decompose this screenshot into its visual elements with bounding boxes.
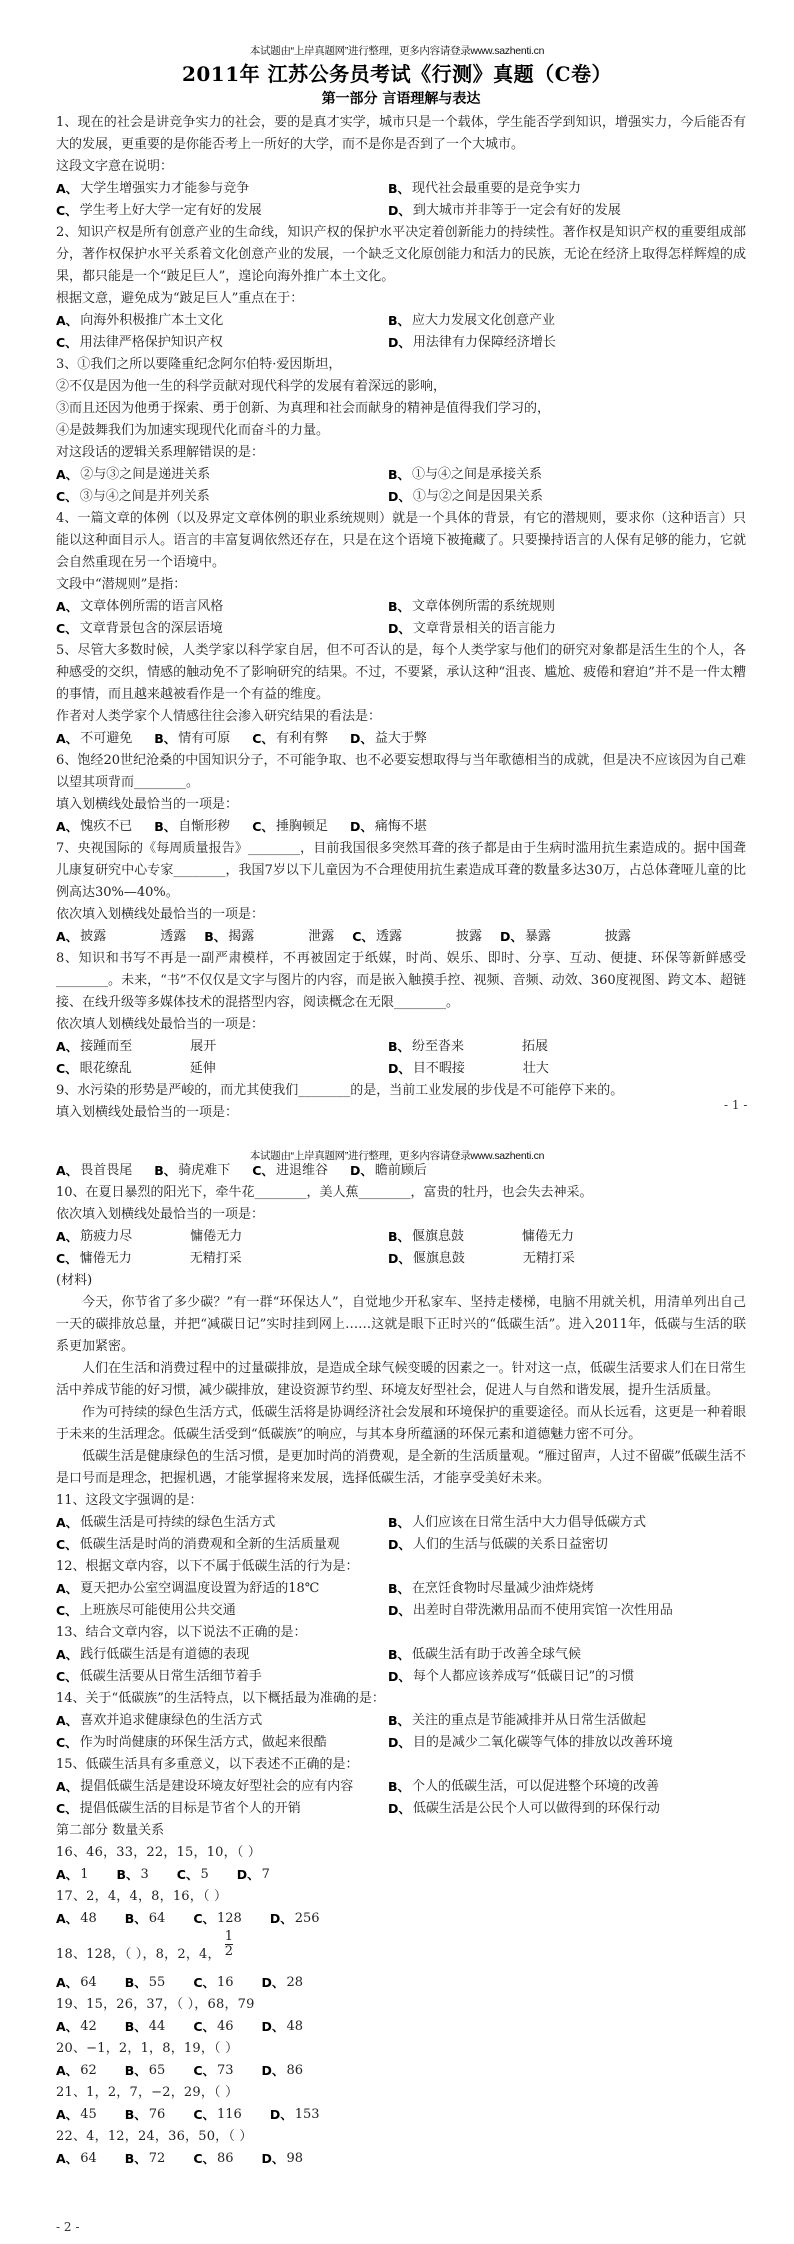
- page-number: - 2 -: [56, 2220, 79, 2234]
- option-b[interactable]: B、76: [125, 2104, 166, 2126]
- option-c[interactable]: C、5: [177, 1864, 209, 1886]
- option-b[interactable]: B、揭露泄露: [204, 926, 334, 948]
- material-paragraph: 作为可持续的绿色生活方式，低碳生活将是协调经济社会发展和环境保护的重要途径。而从…: [56, 1402, 746, 1446]
- option-c[interactable]: C、提倡低碳生活的目标是节省个人的开销: [56, 1798, 388, 1820]
- option-d[interactable]: D、出差时自带洗漱用品而不使用宾馆一次性用品: [388, 1600, 746, 1622]
- option-d[interactable]: D、低碳生活是公民个人可以做得到的环保行动: [388, 1798, 746, 1820]
- options: A、提倡低碳生活是建设环境友好型社会的应有内容 B、个人的低碳生活，可以促进整个…: [56, 1776, 746, 1820]
- option-c[interactable]: C、眼花缭乱延伸: [56, 1058, 388, 1080]
- option-b[interactable]: B、偃旗息鼓慵倦无力: [388, 1226, 746, 1248]
- sentence-4: ④是鼓舞我们为加速实现现代化而奋斗的力量。: [56, 420, 746, 442]
- option-a[interactable]: A、42: [56, 2016, 97, 2038]
- question-prompt: 依次填人划横线处最恰当的一项是：: [56, 1014, 746, 1036]
- option-d[interactable]: D、益大于弊: [350, 728, 427, 750]
- option-d[interactable]: D、暴露披露: [500, 926, 631, 948]
- question-stem: 9、水污染的形势是严峻的，而尤其使我们________的是，当前工业发展的步伐是…: [56, 1080, 746, 1102]
- material-paragraph: 今天，你节省了多少碳？”有一群“环保达人”，自觉地少开私家车、坚持走楼梯，电脑不…: [56, 1292, 746, 1358]
- option-a[interactable]: A、1: [56, 1864, 88, 1886]
- question-11: 11、这段文字强调的是： A、低碳生活是可持续的绿色生活方式 B、人们应该在日常…: [56, 1490, 746, 1556]
- option-b[interactable]: B、关注的重点是节能减排并从日常生活做起: [388, 1710, 746, 1732]
- option-c[interactable]: C、用法律严格保护知识产权: [56, 332, 388, 354]
- option-d[interactable]: D、48: [262, 2016, 303, 2038]
- question-stem: 20、−1，2，1，8，19，（ ）: [56, 2038, 746, 2060]
- option-b[interactable]: B、3: [116, 1864, 148, 1886]
- option-b[interactable]: B、人们应该在日常生活中大力倡导低碳方式: [388, 1512, 746, 1534]
- question-prompt: 依次填入划横线处最恰当的一项是：: [56, 1204, 746, 1226]
- option-b[interactable]: B、①与④之间是承接关系: [388, 464, 746, 486]
- part1-title: 第一部分 言语理解与表达: [56, 88, 746, 110]
- option-a[interactable]: A、愧疚不已: [56, 816, 132, 838]
- question-prompt: 对这段话的逻辑关系理解错误的是：: [56, 442, 746, 464]
- question-prompt: 填入划横线处最恰当的一项是：: [56, 794, 746, 816]
- material-label: (材料): [56, 1270, 746, 1292]
- option-c[interactable]: C、低碳生活是时尚的消费观和全新的生活质量观: [56, 1534, 388, 1556]
- option-c[interactable]: C、文章背景包含的深层语境: [56, 618, 388, 640]
- option-c[interactable]: C、16: [193, 1972, 233, 1994]
- option-b[interactable]: B、55: [125, 1972, 166, 1994]
- options: A、文章体例所需的语言风格 B、文章体例所需的系统规则 C、文章背景包含的深层语…: [56, 596, 746, 640]
- option-b[interactable]: B、骑虎难下: [154, 1160, 230, 1182]
- question-18: 18、128，（ ），8，2，4，12 A、64 B、55 C、16 D、28: [56, 1938, 746, 1994]
- question-6: 6、饱经20世纪沧桑的中国知识分子，不可能争取、也不必要妄想取得与当年歌德相当的…: [56, 750, 746, 838]
- option-a[interactable]: A、低碳生活是可持续的绿色生活方式: [56, 1512, 388, 1534]
- option-c[interactable]: C、86: [193, 2148, 233, 2170]
- question-8: 8、知识和书写不再是一副严肃模样，不再被固定于纸媒，时尚、娱乐、即时、分享、互动…: [56, 948, 746, 1080]
- options: A、不可避免 B、情有可原 C、有利有弊 D、益大于弊: [56, 728, 746, 750]
- option-d[interactable]: D、文章背景相关的语言能力: [388, 618, 746, 640]
- options: A、接踵而至展开 B、纷至沓来拓展 C、眼花缭乱延伸 D、目不暇接壮大: [56, 1036, 746, 1080]
- question-9-options: A、畏首畏尾 B、骑虎难下 C、进退维谷 D、瞻前顾后: [56, 1160, 746, 1182]
- question-13: 13、结合文章内容，以下说法不正确的是： A、践行低碳生活是有道德的表现 B、低…: [56, 1622, 746, 1688]
- question-stem: 18、128，（ ），8，2，4，12: [56, 1938, 746, 1972]
- option-a[interactable]: A、夏天把办公室空调温度设置为舒适的18℃: [56, 1578, 388, 1600]
- option-d[interactable]: D、256: [270, 1908, 320, 1930]
- question-prompt: 根据文意，避免成为“跛足巨人”重点在于：: [56, 288, 746, 310]
- option-b[interactable]: B、情有可原: [154, 728, 230, 750]
- option-c[interactable]: C、73: [193, 2060, 233, 2082]
- question-stem: 21、1，2，7，−2，29，（ ）: [56, 2082, 746, 2104]
- option-a[interactable]: A、筋疲力尽慵倦无力: [56, 1226, 388, 1248]
- option-d[interactable]: D、目的是减少二氧化碳等气体的排放以改善环境: [388, 1732, 746, 1754]
- question-19: 19、15，26，37，（ ），68，79 A、42 B、44 C、46 D、4…: [56, 1994, 746, 2038]
- question-20: 20、−1，2，1，8，19，（ ） A、62 B、65 C、73 D、86: [56, 2038, 746, 2082]
- options: A、45 B、76 C、116 D、153: [56, 2104, 746, 2126]
- option-c[interactable]: C、学生考上好大学一定有好的发展: [56, 200, 388, 222]
- question-9: 9、水污染的形势是严峻的，而尤其使我们________的是，当前工业发展的步伐是…: [56, 1080, 746, 1124]
- options: A、筋疲力尽慵倦无力 B、偃旗息鼓慵倦无力 C、慵倦无力无精打采 D、偃旗息鼓无…: [56, 1226, 746, 1270]
- option-a[interactable]: A、②与③之间是递进关系: [56, 464, 388, 486]
- question-stem: 13、结合文章内容，以下说法不正确的是：: [56, 1622, 746, 1644]
- question-1: 1、现在的社会是讲竞争实力的社会，要的是真才实学，城市只是一个载体，学生能否学到…: [56, 112, 746, 222]
- options: A、向海外积极推广本土文化 B、应大力发展文化创意产业 C、用法律严格保护知识产…: [56, 310, 746, 354]
- option-b[interactable]: B、个人的低碳生活，可以促进整个环境的改善: [388, 1776, 746, 1798]
- question-stem: 15、低碳生活具有多重意义，以下表述不正确的是：: [56, 1754, 746, 1776]
- option-a[interactable]: A、文章体例所需的语言风格: [56, 596, 388, 618]
- question-10: 10、在夏日暴烈的阳光下，牵牛花________，美人蕉________，富贵的…: [56, 1182, 746, 1270]
- question-stem: 10、在夏日暴烈的阳光下，牵牛花________，美人蕉________，富贵的…: [56, 1182, 746, 1204]
- sentence-1: 3、①我们之所以要隆重纪念阿尔伯特·爱因斯坦，: [56, 354, 746, 376]
- option-c[interactable]: C、作为时尚健康的环保生活方式，做起来很酷: [56, 1732, 388, 1754]
- option-c[interactable]: C、捶胸顿足: [252, 816, 328, 838]
- options: A、1 B、3 C、5 D、7: [56, 1864, 746, 1886]
- question-prompt: 依次填入划横线处最恰当的一项是：: [56, 904, 746, 926]
- option-a[interactable]: A、64: [56, 2148, 97, 2170]
- question-prompt: 文段中“潜规则”是指：: [56, 574, 746, 596]
- question-stem: 1、现在的社会是讲竞争实力的社会，要的是真才实学，城市只是一个载体，学生能否学到…: [56, 112, 746, 156]
- option-c[interactable]: C、128: [193, 1908, 242, 1930]
- option-a[interactable]: A、践行低碳生活是有道德的表现: [56, 1644, 388, 1666]
- question-15: 15、低碳生活具有多重意义，以下表述不正确的是： A、提倡低碳生活是建设环境友好…: [56, 1754, 746, 1820]
- question-stem: 5、尽管大多数时候，人类学家以科学家自居，但不可否认的是，每个人类学家与他们的研…: [56, 640, 746, 706]
- option-b[interactable]: B、65: [125, 2060, 166, 2082]
- option-b[interactable]: B、自惭形秽: [154, 816, 230, 838]
- question-12: 12、根据文章内容，以下不属于低碳生活的行为是： A、夏天把办公室空调温度设置为…: [56, 1556, 746, 1622]
- option-d[interactable]: D、痛悔不堪: [350, 816, 427, 838]
- options: A、低碳生活是可持续的绿色生活方式 B、人们应该在日常生活中大力倡导低碳方式 C…: [56, 1512, 746, 1556]
- question-stem: 7、央视国际的《每周质量报告》________，目前我国很多突然耳聋的孩子都是由…: [56, 838, 746, 904]
- option-c[interactable]: C、进退维谷: [252, 1160, 328, 1182]
- option-b[interactable]: B、纷至沓来拓展: [388, 1036, 746, 1058]
- options: A、42 B、44 C、46 D、48: [56, 2016, 746, 2038]
- option-a[interactable]: A、45: [56, 2104, 97, 2126]
- option-b[interactable]: B、低碳生活有助于改善全球气候: [388, 1644, 746, 1666]
- option-a[interactable]: A、不可避免: [56, 728, 132, 750]
- question-7: 7、央视国际的《每周质量报告》________，目前我国很多突然耳聋的孩子都是由…: [56, 838, 746, 948]
- option-a[interactable]: A、64: [56, 1972, 97, 1994]
- question-stem: 8、知识和书写不再是一副严肃模样，不再被固定于纸媒，时尚、娱乐、即时、分享、互动…: [56, 948, 746, 1014]
- option-d[interactable]: D、28: [262, 1972, 303, 1994]
- page-1-content: 第一部分 言语理解与表达 1、现在的社会是讲竞争实力的社会，要的是真才实学，城市…: [56, 88, 746, 1124]
- option-b[interactable]: B、72: [125, 2148, 166, 2170]
- question-stem: 4、一篇文章的体例（以及界定文章体例的职业系统规则）就是一个具体的背景，有它的潜…: [56, 508, 746, 574]
- option-a[interactable]: A、大学生增强实力才能参与竞争: [56, 178, 388, 200]
- option-a[interactable]: A、向海外积极推广本土文化: [56, 310, 388, 332]
- question-5: 5、尽管大多数时候，人类学家以科学家自居，但不可否认的是，每个人类学家与他们的研…: [56, 640, 746, 750]
- option-c[interactable]: C、③与④之间是并列关系: [56, 486, 388, 508]
- question-stem: 12、根据文章内容，以下不属于低碳生活的行为是：: [56, 1556, 746, 1578]
- option-c[interactable]: C、116: [193, 2104, 242, 2126]
- option-a[interactable]: A、接踵而至展开: [56, 1036, 388, 1058]
- page-2: 本试题由“上岸真题网”进行整理，更多内容请登录www.sazhenti.cn A…: [0, 1120, 794, 2244]
- question-stem: 22、4，12，24，36，50，（ ）: [56, 2126, 746, 2148]
- question-prompt: 这段文字意在说明：: [56, 156, 746, 178]
- question-3: 3、①我们之所以要隆重纪念阿尔伯特·爱因斯坦， ②不仅是因为他一生的科学贡献对现…: [56, 354, 746, 508]
- question-stem: 11、这段文字强调的是：: [56, 1490, 746, 1512]
- option-d[interactable]: D、每个人都应该养成写“低碳日记”的习惯: [388, 1666, 746, 1688]
- option-d[interactable]: D、86: [262, 2060, 303, 2082]
- fraction: 12: [225, 1930, 233, 1959]
- options: A、64 B、55 C、16 D、28: [56, 1972, 746, 1994]
- options: A、62 B、65 C、73 D、86: [56, 2060, 746, 2082]
- question-4: 4、一篇文章的体例（以及界定文章体例的职业系统规则）就是一个具体的背景，有它的潜…: [56, 508, 746, 640]
- question-stem: 19、15，26，37，（ ），68，79: [56, 1994, 746, 2016]
- option-b[interactable]: B、现代社会最重要的是竞争实力: [388, 178, 746, 200]
- option-d[interactable]: D、偃旗息鼓无精打采: [388, 1248, 746, 1270]
- page-number: - 1 -: [724, 1098, 747, 1112]
- option-d[interactable]: D、①与②之间是因果关系: [388, 486, 746, 508]
- option-c[interactable]: C、低碳生活要从日常生活细节着手: [56, 1666, 388, 1688]
- option-a[interactable]: A、48: [56, 1908, 97, 1930]
- watermark: 本试题由“上岸真题网”进行整理，更多内容请登录www.sazhenti.cn: [0, 43, 794, 58]
- option-d[interactable]: D、用法律有力保障经济增长: [388, 332, 746, 354]
- option-c[interactable]: C、有利有弊: [252, 728, 328, 750]
- options: A、大学生增强实力才能参与竞争 B、现代社会最重要的是竞争实力 C、学生考上好大…: [56, 178, 746, 222]
- question-14: 14、关于“低碳族”的生活特点，以下概括最为准确的是： A、喜欢并追求健康绿色的…: [56, 1688, 746, 1754]
- option-b[interactable]: B、64: [125, 1908, 166, 1930]
- page-2-content: A、畏首畏尾 B、骑虎难下 C、进退维谷 D、瞻前顾后 10、在夏日暴烈的阳光下…: [56, 1160, 746, 2170]
- options: A、64 B、72 C、86 D、98: [56, 2148, 746, 2170]
- options: A、喜欢并追求健康绿色的生活方式 B、关注的重点是节能减排并从日常生活做起 C、…: [56, 1710, 746, 1754]
- material-paragraph: 人们在生活和消费过程中的过量碳排放，是造成全球气候变暖的因素之一。针对这一点，低…: [56, 1358, 746, 1402]
- option-d[interactable]: D、目不暇接壮大: [388, 1058, 746, 1080]
- options: A、夏天把办公室空调温度设置为舒适的18℃ B、在烹饪食物时尽量减少油炸烧烤 C…: [56, 1578, 746, 1622]
- option-a[interactable]: A、喜欢并追求健康绿色的生活方式: [56, 1710, 388, 1732]
- option-c[interactable]: C、慵倦无力无精打采: [56, 1248, 388, 1270]
- document-title: 2011年 江苏公务员考试《行测》真题（C卷）: [0, 58, 794, 87]
- question-stem: 2、知识产权是所有创意产业的生命线，知识产权的保护水平决定着创新能力的持续性。著…: [56, 222, 746, 288]
- option-c[interactable]: C、46: [193, 2016, 233, 2038]
- option-a[interactable]: A、披露透露: [56, 926, 186, 948]
- options: A、披露透露 B、揭露泄露 C、透露披露 D、暴露披露: [56, 926, 746, 948]
- question-stem: 14、关于“低碳族”的生活特点，以下概括最为准确的是：: [56, 1688, 746, 1710]
- question-stem: 17、2，4，4，8，16，（ ）: [56, 1886, 746, 1908]
- sentence-2: ②不仅是因为他一生的科学贡献对现代科学的发展有着深远的影响，: [56, 376, 746, 398]
- option-b[interactable]: B、应大力发展文化创意产业: [388, 310, 746, 332]
- option-d[interactable]: D、瞻前顾后: [350, 1160, 427, 1182]
- question-16: 16、46，33，22，15，10，（ ） A、1 B、3 C、5 D、7: [56, 1842, 746, 1886]
- question-2: 2、知识产权是所有创意产业的生命线，知识产权的保护水平决定着创新能力的持续性。著…: [56, 222, 746, 354]
- question-stem: 16、46，33，22，15，10，（ ）: [56, 1842, 746, 1864]
- question-22: 22、4，12，24，36，50，（ ） A、64 B、72 C、86 D、98: [56, 2126, 746, 2170]
- option-c[interactable]: C、上班族尽可能使用公共交通: [56, 1600, 388, 1622]
- option-d[interactable]: D、153: [270, 2104, 320, 2126]
- sentence-3: ③而且还因为他勇于探索、勇于创新、为真理和社会而献身的精神是值得我们学习的，: [56, 398, 746, 420]
- option-b[interactable]: B、文章体例所需的系统规则: [388, 596, 746, 618]
- question-21: 21、1，2，7，−2，29，（ ） A、45 B、76 C、116 D、153: [56, 2082, 746, 2126]
- option-b[interactable]: B、在烹饪食物时尽量减少油炸烧烤: [388, 1578, 746, 1600]
- option-d[interactable]: D、到大城市并非等于一定会有好的发展: [388, 200, 746, 222]
- options: A、②与③之间是递进关系 B、①与④之间是承接关系 C、③与④之间是并列关系 D…: [56, 464, 746, 508]
- page-1: 本试题由“上岸真题网”进行整理，更多内容请登录www.sazhenti.cn 2…: [0, 0, 794, 1120]
- reading-material: (材料) 今天，你节省了多少碳？”有一群“环保达人”，自觉地少开私家车、坚持走楼…: [56, 1270, 746, 1490]
- question-stem: 6、饱经20世纪沧桑的中国知识分子，不可能争取、也不必要妄想取得与当年歌德相当的…: [56, 750, 746, 794]
- options: A、践行低碳生活是有道德的表现 B、低碳生活有助于改善全球气候 C、低碳生活要从…: [56, 1644, 746, 1688]
- options: A、愧疚不已 B、自惭形秽 C、捶胸顿足 D、痛悔不堪: [56, 816, 746, 838]
- option-a[interactable]: A、提倡低碳生活是建设环境友好型社会的应有内容: [56, 1776, 388, 1798]
- option-b[interactable]: B、44: [125, 2016, 166, 2038]
- material-paragraph: 低碳生活是健康绿色的生活习惯，是更加时尚的消费观，是全新的生活质量观。“雁过留声…: [56, 1446, 746, 1490]
- question-prompt: 作者对人类学家个人情感往往会渗入研究结果的看法是：: [56, 706, 746, 728]
- option-d[interactable]: D、7: [237, 1864, 270, 1886]
- options: A、48 B、64 C、128 D、256: [56, 1908, 746, 1930]
- option-d[interactable]: D、98: [262, 2148, 303, 2170]
- option-a[interactable]: A、62: [56, 2060, 97, 2082]
- part2-title: 第二部分 数量关系: [56, 1820, 746, 1842]
- option-a[interactable]: A、畏首畏尾: [56, 1160, 132, 1182]
- question-17: 17、2，4，4，8，16，（ ） A、48 B、64 C、128 D、256: [56, 1886, 746, 1930]
- option-d[interactable]: D、人们的生活与低碳的关系日益密切: [388, 1534, 746, 1556]
- option-c[interactable]: C、透露披露: [352, 926, 482, 948]
